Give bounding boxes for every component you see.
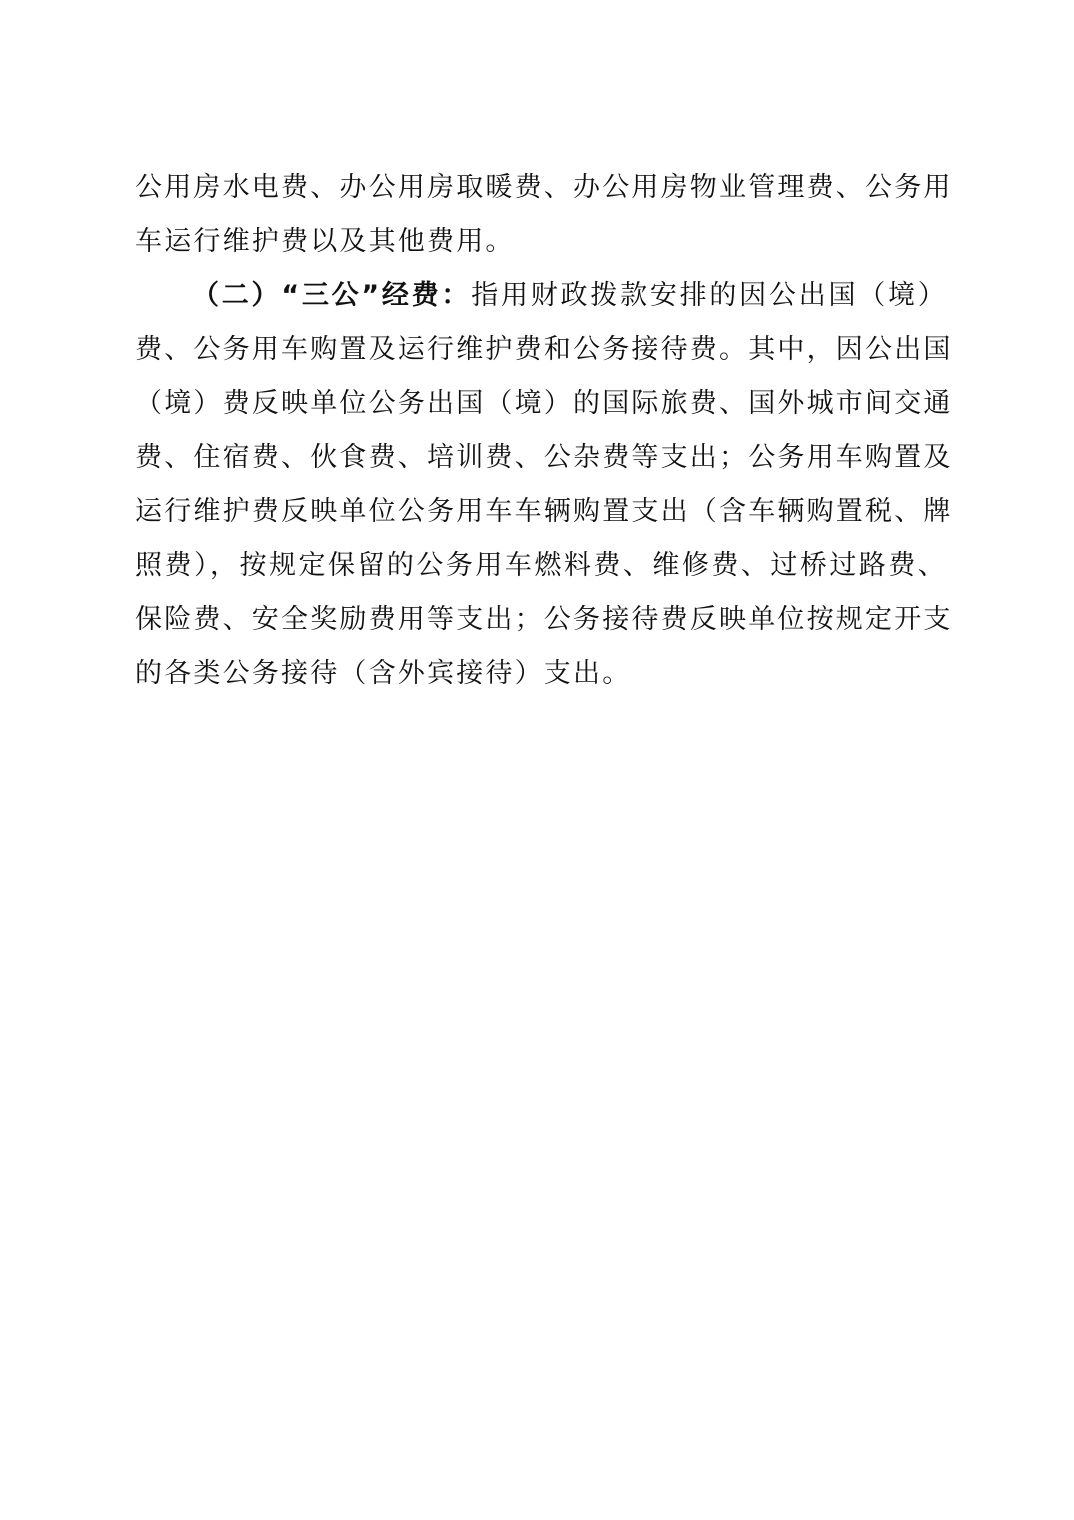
paragraph-1-line-1: 公用房水电费、办公用房取暖费、办公用房物业管理费、公务用 (135, 168, 947, 208)
paragraph-2-line-8: 的各类公务接待（含外宾接待）支出。 (135, 654, 947, 694)
paragraph-2-line-5: 运行维护费反映单位公务用车车辆购置支出（含车辆购置税、牌 (135, 492, 947, 532)
paragraph-2-line-1: （二）“三公”经费：指用财政拨款安排的因公出国（境） (192, 276, 947, 316)
paragraph-2-line-4: 费、住宿费、伙食费、培训费、公杂费等支出；公务用车购置及 (135, 438, 947, 478)
section-heading: （二）“三公”经费： (192, 280, 471, 311)
paragraph-2-line-6: 照费），按规定保留的公务用车燃料费、维修费、过桥过路费、 (135, 546, 947, 586)
paragraph-2-line-7: 保险费、安全奖励费用等支出；公务接待费反映单位按规定开支 (135, 600, 947, 640)
paragraph-2-line-3: （境）费反映单位公务出国（境）的国际旅费、国外城市间交通 (135, 384, 947, 424)
paragraph-2-line-1-text: 指用财政拨款安排的因公出国（境） (471, 280, 947, 311)
document-page: 公用房水电费、办公用房取暖费、办公用房物业管理费、公务用 车运行维护费以及其他费… (0, 0, 1074, 1520)
paragraph-1-line-2: 车运行维护费以及其他费用。 (135, 222, 947, 262)
paragraph-2-line-2: 费、公务用车购置及运行维护费和公务接待费。其中，因公出国 (135, 330, 947, 370)
